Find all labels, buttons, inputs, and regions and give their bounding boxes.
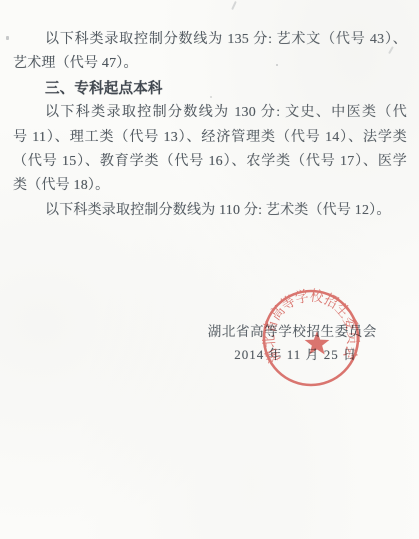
scan-speck (6, 36, 9, 40)
document-page: 以下科类录取控制分数线为 135 分: 艺术文（代号 43）、 艺术理（代号 4… (0, 0, 419, 539)
document-body: 以下科类录取控制分数线为 135 分: 艺术文（代号 43）、 艺术理（代号 4… (13, 28, 407, 223)
scan-speck (276, 64, 278, 66)
seal-star-icon (305, 331, 330, 355)
body-line: （代号 15）、教育学类（代号 16）、农学类（代号 17）、医学 (13, 150, 407, 174)
scan-speck (210, 96, 212, 98)
body-line: 艺术理（代号 47）。 (13, 52, 407, 76)
scan-speck (231, 1, 237, 10)
body-line: 以下科类录取控制分数线为 135 分: 艺术文（代号 43）、 (13, 28, 407, 52)
body-line: 类（代号 18）。 (13, 174, 407, 198)
official-seal: 湖北省高等学校招生委员会 (251, 278, 371, 398)
body-line: 以下科类录取控制分数线为 130 分: 文史、中医类（代 (13, 101, 407, 125)
body-line: 以下科类录取控制分数线为 110 分: 艺术类（代号 12）。 (13, 199, 407, 223)
body-line: 号 11）、理工类（代号 13）、经济管理类（代号 14）、法学类 (13, 126, 407, 150)
